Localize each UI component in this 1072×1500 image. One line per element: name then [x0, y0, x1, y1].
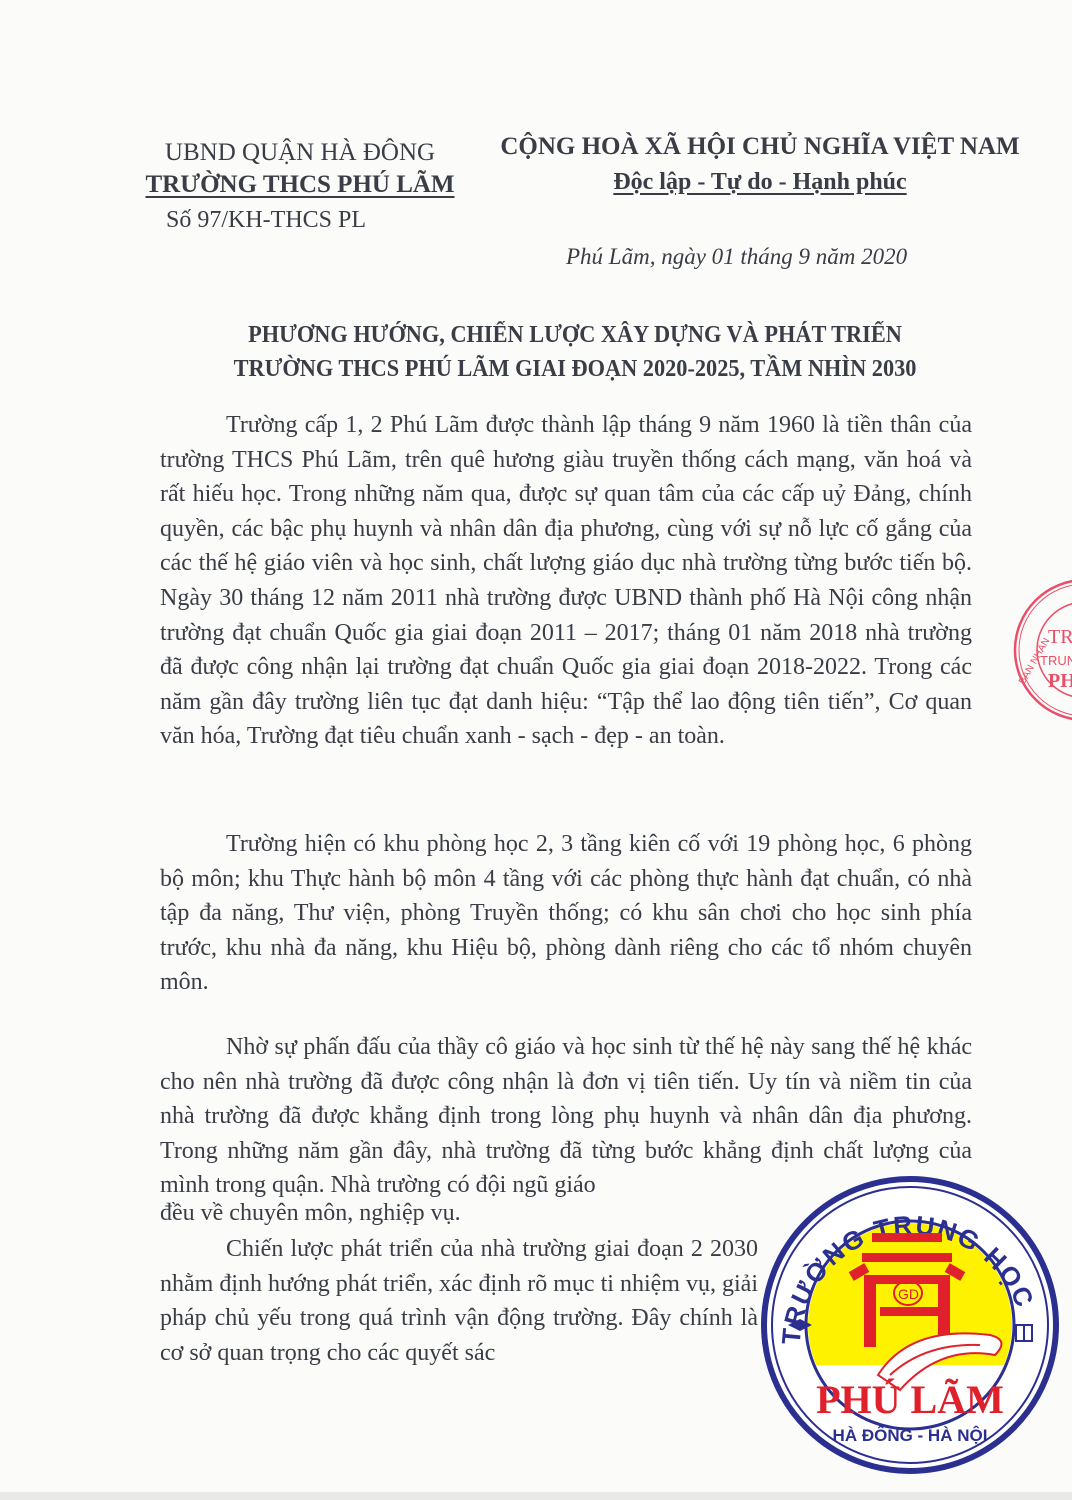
paragraph-achievements-tail: đều về chuyên môn, nghiệp vụ.: [160, 1200, 461, 1227]
svg-text:TR: TR: [1048, 626, 1072, 648]
document-number: Số 97/KH-THCS PL: [130, 202, 470, 238]
title-line-2: TRƯỜNG THCS PHÚ LÃM GIAI ĐOẠN 2020-2025,…: [180, 352, 971, 386]
authority-name: UBND QUẬN HÀ ĐÔNG: [130, 138, 470, 168]
svg-text:PH: PH: [1048, 670, 1072, 692]
paragraph: Trường hiện có khu phòng học 2, 3 tầng k…: [160, 827, 972, 1000]
logo-school-name: PHÚ LÃM: [816, 1377, 1004, 1422]
logo-location: HÀ ĐÔNG - HÀ NỘI: [833, 1426, 988, 1445]
page-edge: [0, 1492, 1072, 1500]
nation-name: CỘNG HOÀ XÃ HỘI CHỦ NGHĨA VIỆT NAM: [480, 130, 1040, 164]
svg-text:TRUN: TRUN: [1040, 653, 1072, 668]
national-motto: Độc lập - Tự do - Hạnh phúc: [480, 164, 1040, 200]
official-red-stamp: TR TRUN PH BAN NHÂN: [1010, 575, 1072, 725]
school-logo: TRƯỜNG TRUNG HỌC CƠ SỞ GD PHÚ LÃM HÀ ĐÔN…: [760, 1175, 1060, 1475]
title-line-1: PHƯƠNG HƯỚNG, CHIẾN LƯỢC XÂY DỰNG VÀ PHÁ…: [180, 318, 971, 352]
document-title: PHƯƠNG HƯỚNG, CHIẾN LƯỢC XÂY DỰNG VÀ PHÁ…: [180, 318, 971, 386]
date-line: Phú Lãm, ngày 01 tháng 9 năm 2020: [566, 244, 907, 270]
paragraph-facilities: Trường hiện có khu phòng học 2, 3 tầng k…: [160, 827, 972, 1000]
national-header-block: CỘNG HOÀ XÃ HỘI CHỦ NGHĨA VIỆT NAM Độc l…: [480, 130, 1040, 200]
paragraph: Trường cấp 1, 2 Phú Lãm được thành lập t…: [160, 408, 972, 754]
paragraph: Chiến lược phát triển của nhà trường gia…: [160, 1232, 758, 1370]
paragraph-strategy: Chiến lược phát triển của nhà trường gia…: [160, 1232, 758, 1370]
paragraph-history: Trường cấp 1, 2 Phú Lãm được thành lập t…: [160, 408, 972, 754]
logo-emblem-text: GD: [898, 1286, 919, 1302]
school-name: TRƯỜNG THCS PHÚ LÃM: [130, 168, 470, 202]
issuing-authority-block: UBND QUẬN HÀ ĐÔNG TRƯỜNG THCS PHÚ LÃM Số…: [130, 138, 470, 238]
